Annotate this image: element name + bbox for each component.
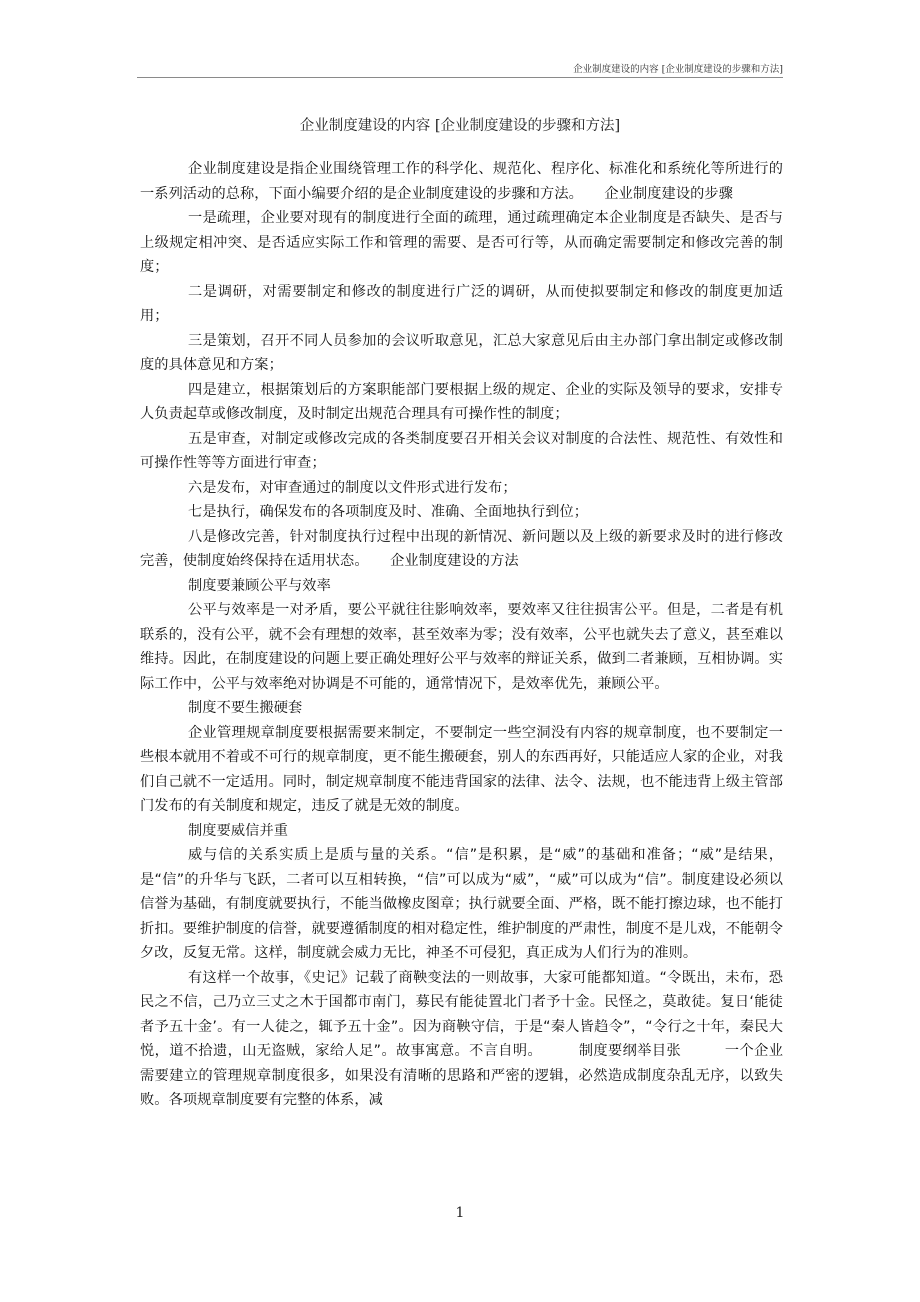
paragraph-step-7: 七是执行，确保发布的各项制度及时、准确、全面地执行到位； — [140, 500, 783, 525]
paragraph-intro: 企业制度建设是指企业围绕管理工作的科学化、规范化、程序化、标准化和系统化等所进行… — [140, 157, 783, 206]
paragraph-step-4: 四是建立，根据策划后的方案职能部门要根据上级的规定、企业的实际及领导的要求，安排… — [140, 378, 783, 427]
paragraph-no-copying: 企业管理规章制度要根据需要来制定，不要制定一些空洞没有内容的规章制度，也不要制定… — [140, 721, 783, 819]
running-header-title: 企业制度建设的内容 [企业制度建设的步骤和方法] — [573, 61, 783, 75]
paragraph-step-6: 六是发布，对审查通过的制度以文件形式进行发布； — [140, 476, 783, 501]
document-body: 企业制度建设是指企业围绕管理工作的科学化、规范化、程序化、标准化和系统化等所进行… — [140, 157, 783, 1113]
section-heading-fairness-efficiency: 制度要兼顾公平与效率 — [140, 574, 783, 599]
paragraph-authority-trust: 威与信的关系实质上是质与量的关系。“信”是积累，是“威”的基础和准备；“威”是结… — [140, 843, 783, 966]
paragraph-step-1: 一是疏理，企业要对现有的制度进行全面的疏理，通过疏理确定本企业制度是否缺失、是否… — [140, 206, 783, 280]
section-heading-no-copying: 制度不要生搬硬套 — [140, 696, 783, 721]
paragraph-shang-yang-story: 有这样一个故事，《史记》记载了商鞅变法的一则故事，大家可能都知道。“令既出，未布… — [140, 966, 783, 1113]
paragraph-step-8: 八是修改完善，针对制度执行过程中出现的新情况、新问题以及上级的新要求及时的进行修… — [140, 525, 783, 574]
paragraph-step-5: 五是审查，对制定或修改完成的各类制度要召开相关会议对制度的合法性、规范性、有效性… — [140, 427, 783, 476]
document-title: 企业制度建设的内容 [企业制度建设的步骤和方法] — [137, 114, 783, 135]
paragraph-step-3: 三是策划，召开不同人员参加的会议听取意见，汇总大家意见后由主办部门拿出制定或修改… — [140, 329, 783, 378]
page-number: 1 — [0, 1205, 920, 1221]
section-heading-authority-trust: 制度要威信并重 — [140, 819, 783, 844]
page-header: 企业制度建设的内容 [企业制度建设的步骤和方法] — [137, 62, 783, 78]
paragraph-fairness-efficiency: 公平与效率是一对矛盾，要公平就往往影响效率，要效率又往往损害公平。但是，二者是有… — [140, 598, 783, 696]
paragraph-step-2: 二是调研，对需要制定和修改的制度进行广泛的调研，从而使拟要制定和修改的制度更加适… — [140, 280, 783, 329]
